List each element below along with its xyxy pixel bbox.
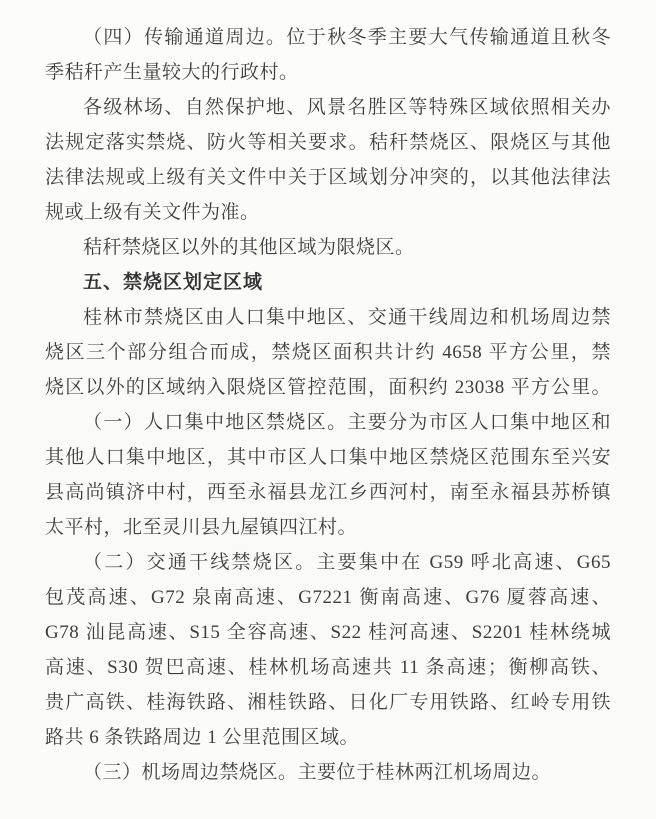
text-line: 高速、S30 贺巴高速、桂林机场高速共 11 条高速；衡柳高铁、: [45, 650, 611, 685]
text-line: 秸秆禁烧区以外的其他区域为限烧区。: [45, 230, 611, 265]
text-line: 路共 6 条铁路周边 1 公里范围区域。: [45, 720, 611, 755]
text-line: 桂林市禁烧区由人口集中地区、交通干线周边和机场周边禁: [45, 300, 611, 335]
document-page: （四）传输通道周边。位于秋冬季主要大气传输通道且秋冬 季秸秆产生量较大的行政村。…: [0, 0, 656, 819]
text-line: 各级林场、自然保护地、风景名胜区等特殊区域依照相关办: [45, 90, 611, 125]
text-line: 县高尚镇济中村，西至永福县龙江乡西河村，南至永福县苏桥镇: [45, 475, 611, 510]
text-line: 规或上级有关文件为准。: [45, 195, 611, 230]
text-line: 烧区以外的区域纳入限烧区管控范围，面积约 23038 平方公里。: [45, 370, 611, 405]
text-line: （二）交通干线禁烧区。主要集中在 G59 呼北高速、G65: [45, 545, 611, 580]
text-line: 法律法规或上级有关文件中关于区域划分冲突的，以其他法律法: [45, 160, 611, 195]
section-heading: 五、禁烧区划定区域: [45, 265, 611, 300]
text-line: 法规定落实禁烧、防火等相关要求。秸秆禁烧区、限烧区与其他: [45, 125, 611, 160]
text-line: 贵广高铁、桂海铁路、湘桂铁路、日化厂专用铁路、红岭专用铁: [45, 685, 611, 720]
text-line: 季秸秆产生量较大的行政村。: [45, 55, 611, 90]
text-line: 包茂高速、G72 泉南高速、G7221 衡南高速、G76 厦蓉高速、: [45, 580, 611, 615]
text-line: （三）机场周边禁烧区。主要位于桂林两江机场周边。: [45, 755, 611, 790]
text-line: （四）传输通道周边。位于秋冬季主要大气传输通道且秋冬: [45, 20, 611, 55]
text-line: 烧区三个部分组合而成，禁烧区面积共计约 4658 平方公里，禁: [45, 335, 611, 370]
text-line: G78 汕昆高速、S15 全容高速、S22 桂河高速、S2201 桂林绕城: [45, 615, 611, 650]
text-line: 太平村，北至灵川县九屋镇四江村。: [45, 510, 611, 545]
text-line: （一）人口集中地区禁烧区。主要分为市区人口集中地区和: [45, 405, 611, 440]
text-line: 其他人口集中地区，其中市区人口集中地区禁烧区范围东至兴安: [45, 440, 611, 475]
